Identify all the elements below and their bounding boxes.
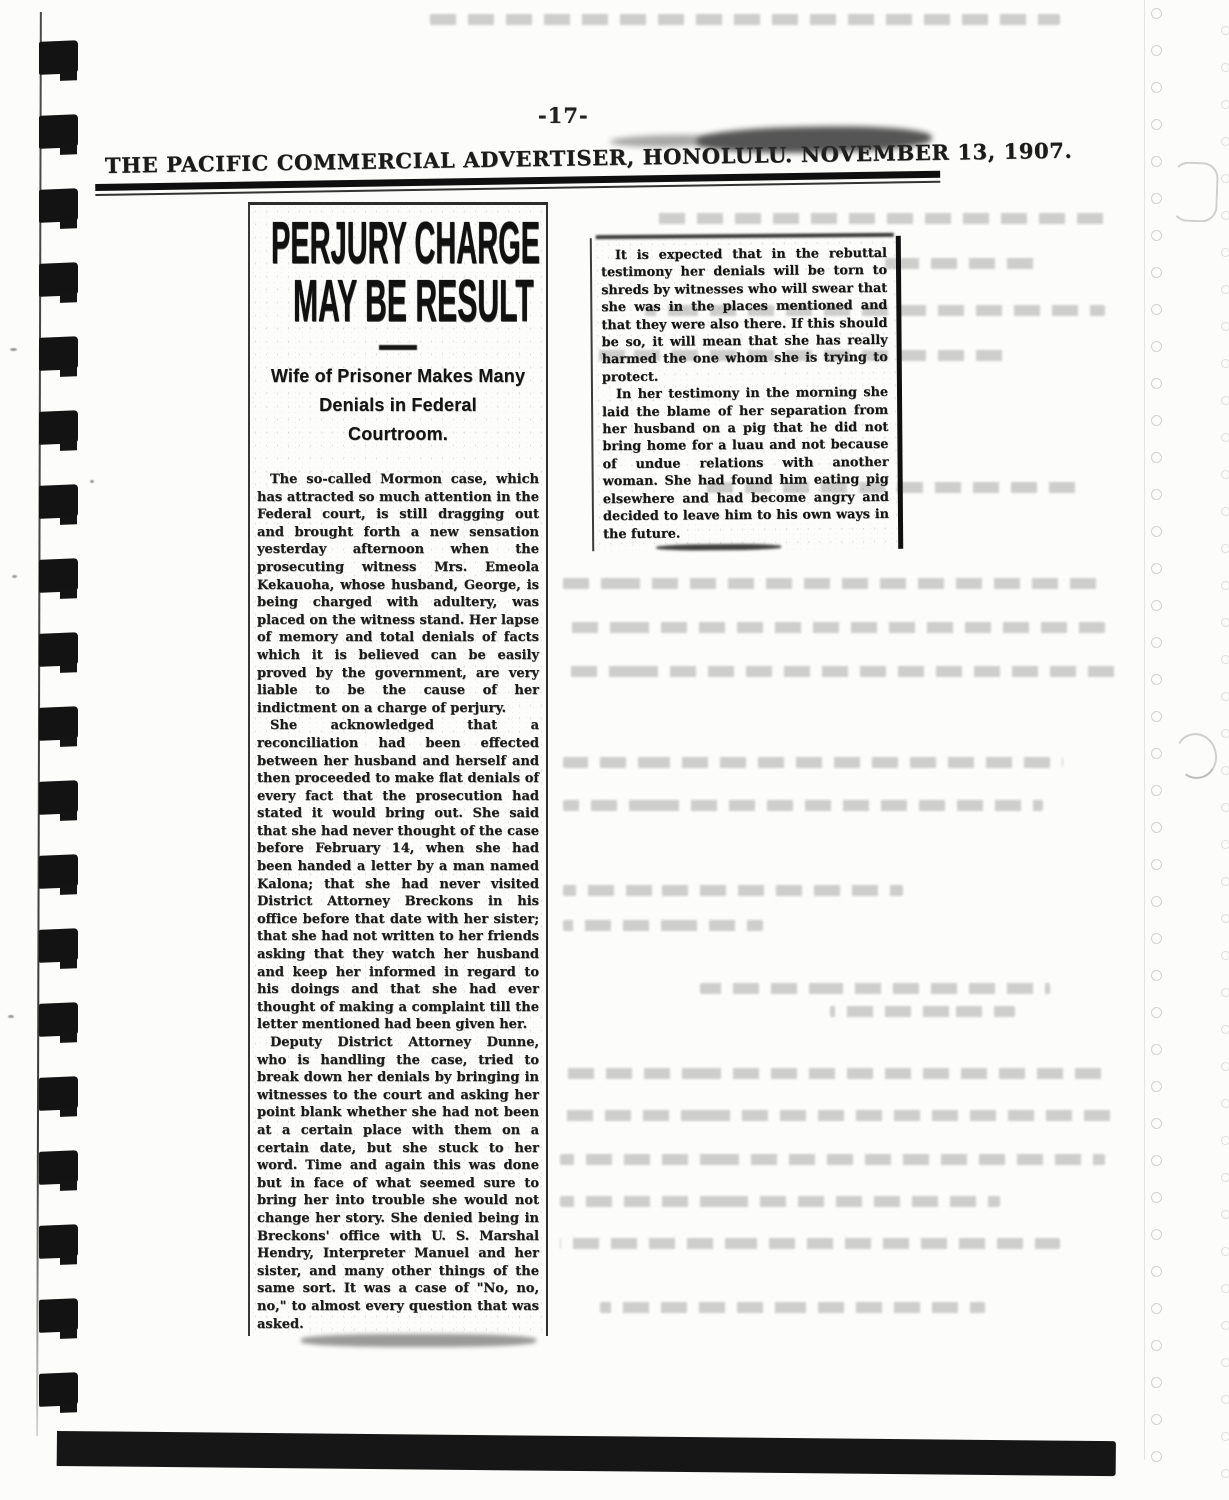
punch-hole-mark xyxy=(1221,433,1229,442)
comb-binding-tab xyxy=(39,632,78,667)
punch-hole-mark xyxy=(1221,248,1229,257)
faint-typed-line xyxy=(563,920,763,931)
comb-binding-tab xyxy=(39,484,78,519)
page-number: -17- xyxy=(538,103,589,128)
side-paragraph: It is expected that in the rebuttal test… xyxy=(601,245,888,386)
scan-speck xyxy=(90,480,94,483)
punch-hole-mark xyxy=(1221,211,1229,220)
headline-line-2: MAY BE RESULT xyxy=(293,273,421,330)
punch-hole-mark xyxy=(1151,896,1162,907)
scan-speck xyxy=(10,348,17,351)
faint-typed-line xyxy=(560,666,1115,677)
faint-typed-line xyxy=(830,1006,1015,1017)
comb-binding-tab xyxy=(39,928,78,963)
punch-hole-mark xyxy=(1221,507,1229,516)
punch-hole-mark xyxy=(1151,193,1162,204)
punch-hole-mark xyxy=(1221,1099,1229,1108)
punch-hole-mark xyxy=(1151,82,1162,93)
comb-binding-tab xyxy=(39,262,78,297)
faint-typed-line xyxy=(650,213,1105,224)
faint-typed-line xyxy=(560,1238,1060,1249)
comb-binding-tab xyxy=(39,1150,78,1185)
punch-hole-mark xyxy=(1151,1303,1162,1314)
faint-typed-line xyxy=(600,1302,985,1313)
punch-hole-mark xyxy=(1221,285,1229,294)
punch-hole-mark xyxy=(1151,859,1162,870)
subhead-line: Wife of Prisoner Makes Many xyxy=(257,362,539,391)
punch-hole-mark xyxy=(1151,1451,1162,1462)
punch-hole-mark xyxy=(1151,1155,1162,1166)
punch-hole-mark xyxy=(1151,8,1162,19)
punch-hole-mark xyxy=(1221,544,1229,553)
scan-speck xyxy=(12,575,17,578)
comb-binding-tab xyxy=(39,1298,78,1333)
punch-hole-mark xyxy=(1221,1432,1229,1441)
comb-binding-tab xyxy=(39,1372,78,1407)
faint-typed-line xyxy=(563,800,1043,811)
punch-hole-mark xyxy=(1221,1136,1229,1145)
punch-hole-mark xyxy=(1221,1395,1229,1404)
faint-typed-line xyxy=(560,1110,1115,1121)
comb-binding-tab xyxy=(39,1076,78,1111)
punch-hole-mark xyxy=(1221,322,1229,331)
comb-binding-tab xyxy=(39,40,78,75)
comb-binding-tab xyxy=(39,558,78,593)
punch-hole-mark xyxy=(1221,1358,1229,1367)
punch-hole-mark xyxy=(1151,970,1162,981)
punch-hole-mark xyxy=(1221,63,1229,72)
punch-hole-mark xyxy=(1151,785,1162,796)
punch-hole-mark xyxy=(1151,711,1162,722)
ink-smudge xyxy=(656,544,781,551)
subhead-line: Courtroom. xyxy=(257,420,539,449)
punch-hole-mark xyxy=(1151,822,1162,833)
punch-hole-mark xyxy=(1221,396,1229,405)
punch-hole-mark xyxy=(1221,1284,1229,1293)
faint-typed-line xyxy=(563,885,903,896)
scan-shadow-bar xyxy=(57,1431,1116,1476)
article-paragraph: The so-called Mormon case, which has att… xyxy=(257,471,539,717)
punch-hole-mark xyxy=(1151,45,1162,56)
punch-hole-mark xyxy=(1151,1007,1162,1018)
comb-binding-tab xyxy=(39,706,78,741)
punch-hole-mark xyxy=(1151,452,1162,463)
punch-hole-mark xyxy=(1151,1044,1162,1055)
headline-divider xyxy=(379,345,417,350)
punch-hole-mark xyxy=(1151,637,1162,648)
faint-typed-line xyxy=(560,1154,1105,1165)
faint-typed-line xyxy=(560,578,1105,589)
punch-hole-mark xyxy=(1151,600,1162,611)
punch-hole-mark xyxy=(1221,100,1229,109)
punch-hole-mark xyxy=(1151,156,1162,167)
comb-binding-tab xyxy=(39,336,78,371)
punch-hole-mark xyxy=(1221,803,1229,812)
punch-hole-mark xyxy=(1151,1192,1162,1203)
punch-hole-mark xyxy=(1221,951,1229,960)
punch-hole-mark xyxy=(1221,988,1229,997)
subhead-line: Denials in Federal xyxy=(257,391,539,420)
punch-hole-mark xyxy=(1221,470,1229,479)
punch-hole-mark xyxy=(1221,359,1229,368)
punch-hole-mark xyxy=(1221,26,1229,35)
punch-hole-mark xyxy=(1151,563,1162,574)
punch-hole-mark xyxy=(1151,674,1162,685)
punch-hole-mark xyxy=(1151,1266,1162,1277)
article-paragraph: Deputy District Attorney Dunne, who is h… xyxy=(257,1034,539,1333)
comb-binding-tab xyxy=(39,188,78,223)
punch-hole-mark xyxy=(1151,119,1162,130)
punch-hole-mark xyxy=(1221,1247,1229,1256)
article-paragraph: She acknowledged that a reconciliation h… xyxy=(257,717,539,1034)
punch-hole-mark xyxy=(1221,1321,1229,1330)
comb-binding-tab xyxy=(39,854,78,889)
punch-hole-mark xyxy=(1151,1081,1162,1092)
punch-hole-mark xyxy=(1151,378,1162,389)
punch-hole-mark xyxy=(1221,174,1229,183)
punch-hole-mark xyxy=(1221,1025,1229,1034)
punch-hole-mark xyxy=(1221,729,1229,738)
faint-typed-line xyxy=(563,757,1063,768)
punch-hole-mark xyxy=(1151,1414,1162,1425)
faint-typed-line xyxy=(560,1196,1000,1207)
punch-hole-mark xyxy=(1221,1210,1229,1219)
comb-binding-tab xyxy=(39,780,78,815)
punch-hole-mark xyxy=(1151,489,1162,500)
punch-hole-mark xyxy=(1221,840,1229,849)
faint-typed-line xyxy=(700,983,1050,994)
punch-hole-mark xyxy=(1151,304,1162,315)
faint-typed-line xyxy=(560,622,1105,633)
punch-hole-mark xyxy=(1151,341,1162,352)
punch-hole-mark xyxy=(1151,1377,1162,1388)
faint-typed-line xyxy=(560,1068,1105,1079)
punch-hole-mark xyxy=(1151,526,1162,537)
punch-hole-mark xyxy=(1151,230,1162,241)
punch-hole-mark xyxy=(1151,415,1162,426)
punch-hole-mark xyxy=(1221,1062,1229,1071)
punch-hole-mark xyxy=(1151,267,1162,278)
newspaper-clipping-main: PERJURY CHARGE MAY BE RESULT Wife of Pri… xyxy=(248,202,548,1336)
scanned-page: -17- THE PACIFIC COMMERCIAL ADVERTISER, … xyxy=(0,0,1229,1500)
comb-binding-tab xyxy=(39,1002,78,1037)
binder-ring-mark xyxy=(1171,729,1222,783)
binder-ring-mark xyxy=(1171,161,1219,223)
punch-hole-mark xyxy=(1221,1469,1229,1478)
comb-binding-tab xyxy=(39,1224,78,1259)
headline-line-1: PERJURY CHARGE xyxy=(271,215,405,272)
faint-typed-line xyxy=(430,14,1060,25)
punch-hole-mark xyxy=(1221,655,1229,664)
side-paragraph: In her testimony in the morning she laid… xyxy=(602,384,889,543)
subheadline: Wife of Prisoner Makes Many Denials in F… xyxy=(257,362,539,449)
punch-hole-mark xyxy=(1221,914,1229,923)
punch-hole-mark xyxy=(1151,748,1162,759)
punch-hole-mark xyxy=(1221,877,1229,886)
punch-hole-mark xyxy=(1151,1229,1162,1240)
punch-hole-mark xyxy=(1221,766,1229,775)
article-body: The so-called Mormon case, which has att… xyxy=(257,471,539,1333)
punch-hole-mark xyxy=(1151,933,1162,944)
punch-hole-mark xyxy=(1221,618,1229,627)
ink-smudge xyxy=(301,1334,536,1347)
punch-hole-mark xyxy=(1221,581,1229,590)
punch-hole-mark xyxy=(1151,1340,1162,1351)
punch-hole-mark xyxy=(1151,1118,1162,1129)
punch-hole-mark xyxy=(1221,692,1229,701)
comb-binding-tab xyxy=(39,114,78,149)
newspaper-clipping-side: It is expected that in the rebuttal test… xyxy=(590,236,903,551)
underlying-page-edge-line xyxy=(1144,0,1145,1460)
punch-hole-mark xyxy=(1221,1173,1229,1182)
scan-speck xyxy=(8,1015,14,1018)
punch-hole-mark xyxy=(1221,137,1229,146)
newspaper-masthead: THE PACIFIC COMMERCIAL ADVERTISER, HONOL… xyxy=(95,133,941,196)
comb-binding-tab xyxy=(39,410,78,445)
